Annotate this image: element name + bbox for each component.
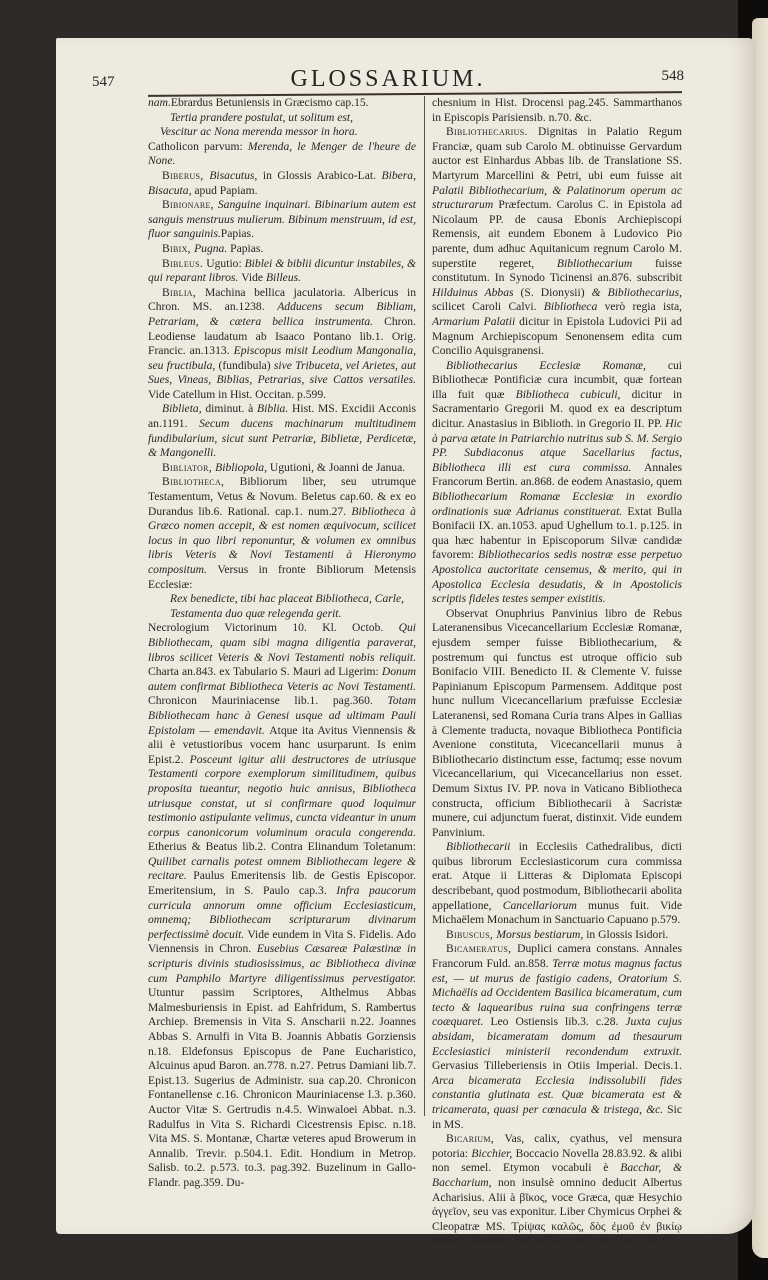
text-run: Observat Onuphrius Panvinius libro de Re…	[432, 607, 682, 839]
text-run: Biblieta,	[162, 402, 205, 415]
glossary-paragraph: Bicameratus, Duplici camera constans. An…	[432, 942, 682, 1132]
glossary-paragraph: Bibliator, Bibliopola, Ugutioni, & Joann…	[148, 461, 416, 476]
text-run: Vescitur ac Nona merenda messor in hora.	[160, 125, 358, 138]
text-run: & Bibliothecarius,	[592, 286, 682, 299]
glossary-paragraph: Bibliothecarius Ecclesiæ Romanæ, cui Bib…	[432, 359, 682, 607]
headword: Bibix,	[162, 242, 194, 255]
glossary-paragraph: Catholicon parvum: Merenda, le Menger de…	[148, 140, 416, 169]
text-run: Vide	[241, 271, 266, 284]
glossary-paragraph: Rex benedicte, tibi hac placeat Biblioth…	[148, 592, 416, 607]
headword: Biblia,	[162, 286, 205, 299]
headword: Bibliator,	[162, 461, 215, 474]
text-run: Bibliothecarium	[557, 257, 655, 270]
text-run: Gervasius Tilleberiensis in Otiis Imperi…	[432, 1059, 682, 1072]
text-run: Bibliotheca cubiculi,	[516, 388, 632, 401]
headword: Bibleus.	[162, 257, 206, 270]
glossary-paragraph: Necrologium Victorinum 10. Kl. Octob. Qu…	[148, 621, 416, 1190]
text-run: Utuntur passim Scriptores, Althelmus Abb…	[148, 986, 416, 1189]
text-run: Etherius & Beatus lib.2. Contra Elinandu…	[148, 840, 416, 853]
text-run: Charta an.843. ex Tabulario S. Mauri ad …	[148, 665, 382, 678]
right-column: chesnium in Hist. Drocensi pag.245. Samm…	[432, 96, 682, 1249]
text-run: scilicet Caroli Calvi.	[432, 300, 544, 313]
text-run: Vide Catellum in Hist. Occitan. p.599.	[148, 388, 326, 401]
headword: Bibliotheca,	[162, 475, 240, 488]
text-run: apud Papiam.	[194, 184, 257, 197]
glossary-paragraph: Bibionare, Sanguine inquinari. Bibinariu…	[148, 198, 416, 242]
text-run: Billeus.	[266, 271, 301, 284]
text-run: Arca bicamerata Ecclesia indissolubili f…	[432, 1074, 682, 1116]
text-run: Bibliothecarii	[446, 840, 519, 853]
text-run: Testamenta duo quæ relegenda gerit.	[170, 607, 341, 620]
text-run: Cancellariorum	[503, 899, 588, 912]
text-run: (fundibula)	[219, 359, 274, 372]
glossary-paragraph: nam.Ebrardus Betuniensis in Græcismo cap…	[148, 96, 416, 111]
glossary-paragraph: chesnium in Hist. Drocensi pag.245. Samm…	[432, 96, 682, 125]
text-run: (S. Dionysii)	[521, 286, 592, 299]
glossary-paragraph: Bibliothecarius. Dignitas in Palatio Reg…	[432, 125, 682, 359]
left-column: nam.Ebrardus Betuniensis in Græcismo cap…	[148, 96, 416, 1191]
running-title: GLOSSARIUM.	[92, 66, 684, 93]
text-run: Bisacutus,	[209, 169, 263, 182]
text-run: Biblia.	[257, 402, 292, 415]
glossary-paragraph: Bibuscus, Morsus bestiarum, in Glossis I…	[432, 928, 682, 943]
text-run: verò regia ista,	[605, 300, 682, 313]
glossary-paragraph: Bibix, Pugna. Papias.	[148, 242, 416, 257]
text-run: Ugutio:	[206, 257, 244, 270]
text-run: Bibliotheca	[544, 300, 605, 313]
text-run: nam.	[148, 96, 171, 109]
headword: Bibliothecarius.	[446, 125, 538, 138]
text-run: Ebrardus Betuniensis in Græcismo cap.15.	[171, 96, 369, 109]
text-run: Necrologium Victorinum 10. Kl. Octob.	[148, 621, 399, 634]
glossary-paragraph: Biblieta, diminut. à Biblia. Hist. MS. E…	[148, 402, 416, 460]
page-header: 547 GLOSSARIUM. 548	[92, 66, 684, 92]
text-run: Pugna.	[194, 242, 230, 255]
headword: Bibuscus,	[446, 928, 496, 941]
column-divider	[424, 96, 425, 1116]
text-run: Leo Ostiensis lib.3. c.28.	[490, 1015, 625, 1028]
text-run: diminut. à	[205, 402, 257, 415]
text-run: Ugutioni, & Joanni de Janua.	[270, 461, 405, 474]
headword: Bicarium,	[446, 1132, 504, 1145]
text-run: chesnium in Hist. Drocensi pag.245. Samm…	[432, 96, 682, 124]
text-run: Tertia prandere postulat, ut solitum est…	[170, 111, 353, 124]
glossary-paragraph: Biblia, Machina bellica jaculatoria. Alb…	[148, 286, 416, 403]
glossary-paragraph: Vescitur ac Nona merenda messor in hora.	[148, 125, 416, 140]
glossary-paragraph: Biberus, Bisacutus, in Glossis Arabico-L…	[148, 169, 416, 198]
headword: Bicameratus,	[446, 942, 517, 955]
text-run: Papias.	[221, 227, 254, 240]
text-run: Catholicon parvum:	[148, 140, 248, 153]
headword: Bibionare,	[162, 198, 218, 211]
glossary-paragraph: Bicarium, Vas, calix, cyathus, vel mensu…	[432, 1132, 682, 1249]
text-run: Armarium Palatii	[432, 315, 519, 328]
text-run: in Glossis Isidori.	[586, 928, 668, 941]
text-run: in Glossis Arabico-Lat.	[263, 169, 382, 182]
text-run: Bibliopola,	[215, 461, 270, 474]
page-number-right: 548	[662, 68, 685, 85]
text-run: Morsus bestiarum,	[496, 928, 586, 941]
headword: Biberus,	[162, 169, 209, 182]
glossary-paragraph: Observat Onuphrius Panvinius libro de Re…	[432, 607, 682, 841]
glossary-paragraph: Bibliotheca, Bibliorum liber, seu utrumq…	[148, 475, 416, 592]
glossary-paragraph: Tertia prandere postulat, ut solitum est…	[148, 111, 416, 126]
glossary-paragraph: Bibliothecarii in Ecclesiis Cathedralibu…	[432, 840, 682, 928]
text-run: Rex benedicte, tibi hac placeat Biblioth…	[170, 592, 404, 605]
text-run: Chronicon Mauriniacense lib.1. pag.360.	[148, 694, 387, 707]
glossary-paragraph: Testamenta duo quæ relegenda gerit.	[148, 607, 416, 622]
text-run: Bicchier,	[471, 1147, 515, 1160]
text-run: Hilduinus Abbas	[432, 286, 521, 299]
text-run: Papias.	[230, 242, 263, 255]
glossary-paragraph: Bibleus. Ugutio: Biblei & biblii dicuntu…	[148, 257, 416, 286]
text-run: Bibliothecarius Ecclesiæ Romanæ,	[446, 359, 668, 372]
